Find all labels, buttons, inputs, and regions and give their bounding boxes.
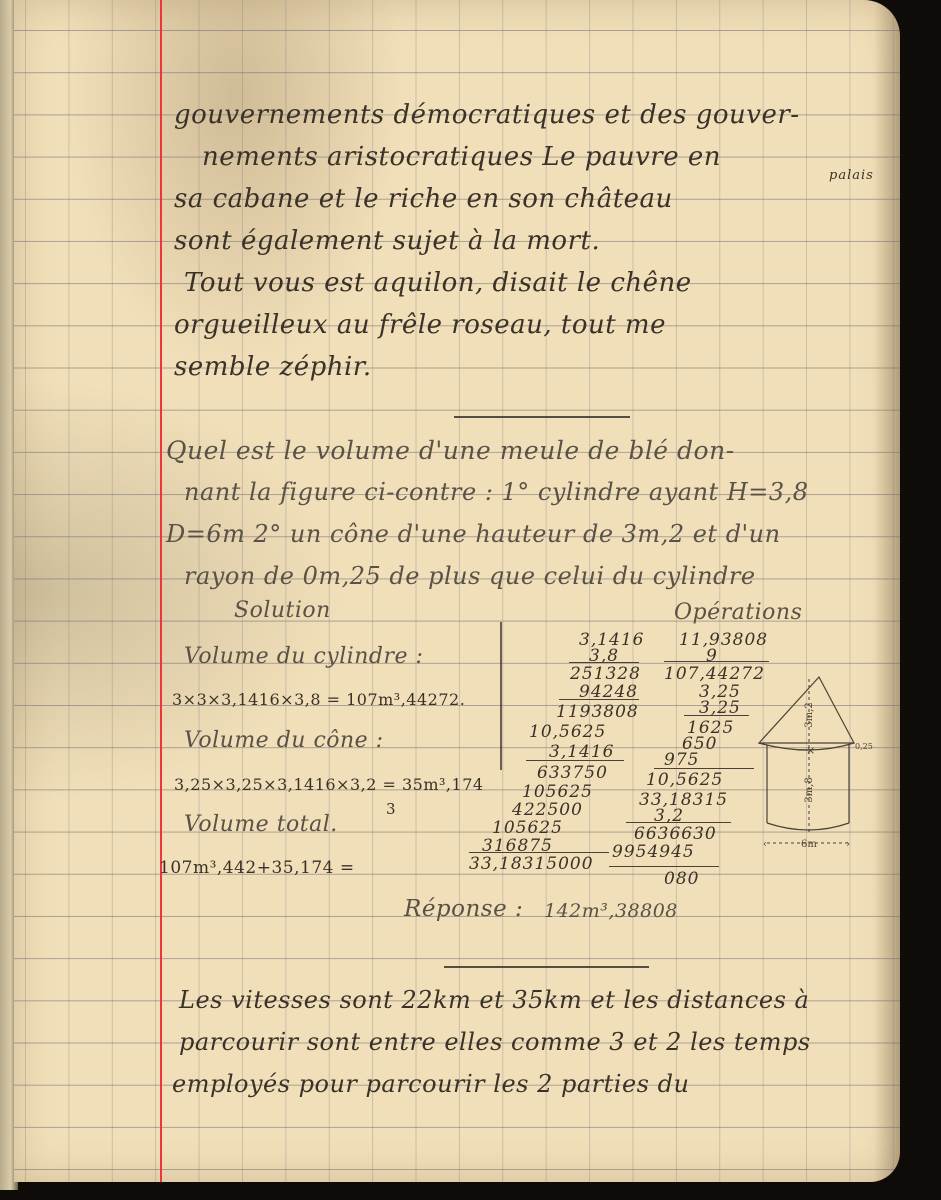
operations-heading: Opérations bbox=[674, 600, 802, 625]
calc-value: 1193808 bbox=[556, 702, 639, 722]
column-separator bbox=[500, 622, 502, 770]
text-line: semble zéphir. bbox=[174, 352, 372, 382]
calc-value: 251328 bbox=[570, 664, 641, 684]
calc-rule bbox=[559, 699, 639, 700]
problem-line: rayon de 0m,25 de plus que celui du cyli… bbox=[184, 562, 756, 590]
text-line: sa cabane et le riche en son château bbox=[174, 184, 673, 214]
text-line: employés pour parcourir les 2 parties du bbox=[172, 1070, 689, 1098]
problem-line: nant la figure ci-contre : 1° cylindre a… bbox=[184, 478, 809, 506]
solution-heading: Solution bbox=[234, 598, 331, 623]
diameter-label: 6m bbox=[801, 839, 817, 850]
calc-value: 975 bbox=[664, 750, 699, 770]
svg-text:×: × bbox=[806, 744, 815, 757]
total-label: Volume total. bbox=[184, 812, 338, 837]
answer-value: 142m³,38808 bbox=[544, 900, 678, 922]
calc-value: 3,8 bbox=[589, 646, 619, 666]
svg-text:›: › bbox=[846, 839, 850, 850]
text-line: nements aristocratiques Le pauvre en bbox=[202, 142, 721, 172]
calc-value: 422500 bbox=[512, 800, 583, 820]
calc-value: 6636630 bbox=[634, 824, 717, 844]
calc-rule bbox=[654, 768, 754, 769]
text-line: sont également sujet à la mort. bbox=[174, 226, 600, 256]
calc-value: 33,18315000 bbox=[469, 854, 594, 874]
total-calculation: 107m³,442+35,174 = bbox=[159, 858, 355, 878]
text-line: Les vitesses sont 22km et 35km et les di… bbox=[179, 986, 809, 1014]
cone-divisor: 3 bbox=[386, 800, 396, 818]
notebook-page: gouvernements démocratiques et des gouve… bbox=[14, 0, 900, 1182]
calc-value: 10,5625 bbox=[646, 770, 723, 790]
cone-calculation: 3,25×3,25×3,1416×3,2 = 35m³,174 bbox=[174, 775, 484, 794]
svg-text:‹: ‹ bbox=[763, 839, 767, 850]
red-margin-line bbox=[160, 0, 162, 1182]
calc-value: 9954945 bbox=[612, 842, 695, 862]
calc-rule bbox=[684, 715, 749, 716]
section-divider bbox=[454, 416, 630, 418]
haystack-diagram: 3m,2 3m,8 × 0,25 6m ‹ › bbox=[749, 665, 894, 855]
calc-rule bbox=[664, 661, 769, 662]
calc-value: 9 bbox=[706, 646, 718, 666]
calc-value: 633750 bbox=[537, 763, 608, 783]
calc-value: 3,2 bbox=[654, 806, 684, 826]
calc-value: 11,93808 bbox=[679, 630, 768, 650]
text-line: gouvernements démocratiques et des gouve… bbox=[174, 100, 800, 130]
calc-rule bbox=[626, 822, 731, 823]
calc-rule bbox=[569, 662, 639, 663]
text-line: parcourir sont entre elles comme 3 et 2 … bbox=[179, 1028, 811, 1056]
problem-line: Quel est le volume d'une meule de blé do… bbox=[166, 436, 735, 465]
cone-label: Volume du cône : bbox=[184, 728, 384, 753]
calc-rule bbox=[526, 760, 624, 761]
cone-height-label: 3m,2 bbox=[804, 702, 815, 727]
calc-value: 3,1416 bbox=[549, 742, 614, 762]
problem-line: D=6m 2° un cône d'une hauteur de 3m,2 et… bbox=[166, 520, 781, 548]
answer-label: Réponse : bbox=[404, 896, 523, 922]
section-divider bbox=[444, 966, 649, 968]
cylinder-height-label: 3m,8 bbox=[804, 777, 815, 802]
calc-value: 316875 bbox=[482, 836, 553, 856]
calc-value: 080 bbox=[664, 869, 699, 889]
text-line: Tout vous est aquilon, disait le chêne bbox=[184, 268, 692, 298]
calc-value: 10,5625 bbox=[529, 722, 606, 742]
cone-cylinder-figure: 3m,2 3m,8 × 0,25 6m ‹ › bbox=[749, 665, 894, 855]
calc-value: 105625 bbox=[522, 782, 593, 802]
text-line: orgueilleux au frêle roseau, tout me bbox=[174, 310, 666, 340]
calc-value: 105625 bbox=[492, 818, 563, 838]
correction-word: palais bbox=[829, 168, 874, 183]
extra-radius-label: 0,25 bbox=[855, 742, 873, 751]
calc-rule bbox=[469, 852, 609, 853]
calc-rule bbox=[609, 866, 719, 867]
cylinder-label: Volume du cylindre : bbox=[184, 644, 423, 669]
cylinder-calculation: 3×3×3,1416×3,8 = 107m³,44272. bbox=[172, 690, 465, 709]
